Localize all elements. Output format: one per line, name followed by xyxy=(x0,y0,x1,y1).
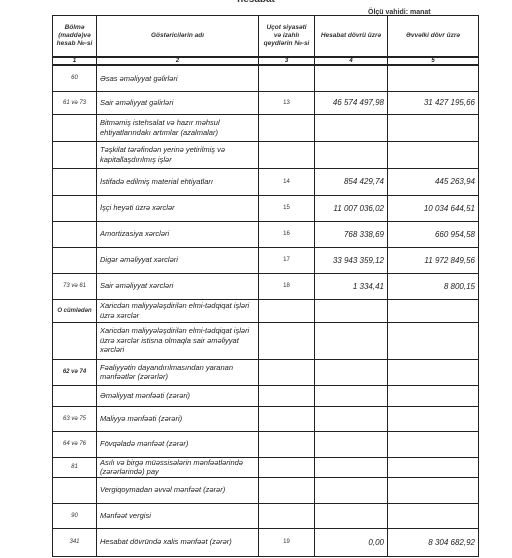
table-row: İşçi heyəti üzrə xərclər1511 007 036,021… xyxy=(53,195,479,221)
row-previous-period-value: 445 263,94 xyxy=(388,168,479,195)
row-previous-period-value xyxy=(388,431,479,457)
row-indicator-name: Xaricdən maliyyələşdirilən elmi-tədqiqat… xyxy=(97,299,259,322)
row-code xyxy=(53,477,97,503)
row-previous-period-value: 8 800,15 xyxy=(388,273,479,299)
row-code: 62 və 74 xyxy=(53,359,97,385)
table-row: Əməliyyat mənfəəti (zərəri) xyxy=(53,385,479,406)
row-note-number xyxy=(259,114,315,141)
row-code xyxy=(53,195,97,221)
row-previous-period-value xyxy=(388,359,479,385)
report-body: 60Əsas əməliyyat gəlirləri61 və 73Sair ə… xyxy=(53,65,479,556)
document-title: hesabat xyxy=(0,0,512,5)
row-code xyxy=(53,141,97,168)
row-indicator-name: Hesabat dövründə xalis mənfəət (zərər) xyxy=(97,528,259,556)
row-previous-period-value xyxy=(388,477,479,503)
row-current-period-value: 1 334,41 xyxy=(315,273,388,299)
row-indicator-name: Maliyyə mənfəəti (zərəri) xyxy=(97,406,259,431)
row-indicator-name: Əsas əməliyyat gəlirləri xyxy=(97,65,259,91)
row-previous-period-value xyxy=(388,457,479,477)
row-code: 73 və 61 xyxy=(53,273,97,299)
row-indicator-name: Vergiqoymadan əvvəl mənfəət (zərər) xyxy=(97,477,259,503)
row-previous-period-value xyxy=(388,65,479,91)
row-previous-period-value xyxy=(388,385,479,406)
row-indicator-name: Xaricdən maliyyələşdirilən elmi-tədqiqat… xyxy=(97,322,259,359)
row-indicator-name: İşçi heyəti üzrə xərclər xyxy=(97,195,259,221)
header-notes: Uçot siyasəti və izahlı qeydlərin №-si xyxy=(259,16,315,58)
row-current-period-value xyxy=(315,385,388,406)
column-number: 5 xyxy=(388,57,479,65)
row-code xyxy=(53,221,97,247)
row-note-number xyxy=(259,359,315,385)
header-current-period: Hesabat dövrü üzrə xyxy=(315,16,388,58)
row-note-number xyxy=(259,406,315,431)
row-note-number: 14 xyxy=(259,168,315,195)
row-previous-period-value: 8 304 682,92 xyxy=(388,528,479,556)
row-indicator-name: İstifadə edilmiş material ehtiyatları xyxy=(97,168,259,195)
row-code: 61 və 73 xyxy=(53,91,97,114)
table-row: Digər əməliyyat xərcləri1733 943 359,121… xyxy=(53,247,479,273)
row-indicator-name: Asılı və birgə müəssisələrin mənfəətləri… xyxy=(97,457,259,477)
table-row: 63 və 75Maliyyə mənfəəti (zərəri) xyxy=(53,406,479,431)
table-row: Amortizasiya xərcləri16768 338,69660 954… xyxy=(53,221,479,247)
row-code xyxy=(53,114,97,141)
row-previous-period-value: 31 427 195,66 xyxy=(388,91,479,114)
header-indicator-name: Göstəricilərin adı xyxy=(97,16,259,58)
row-indicator-name: Bitməmiş istehsalat və hazır məhsul ehti… xyxy=(97,114,259,141)
row-current-period-value xyxy=(315,457,388,477)
row-current-period-value xyxy=(315,299,388,322)
table-row: O cümlədənXaricdən maliyyələşdirilən elm… xyxy=(53,299,479,322)
row-current-period-value: 46 574 497,98 xyxy=(315,91,388,114)
row-note-number xyxy=(259,299,315,322)
row-previous-period-value xyxy=(388,503,479,528)
table-row: Vergiqoymadan əvvəl mənfəət (zərər) xyxy=(53,477,479,503)
table-row: 61 və 73Sair əməliyyat gəlirləri1346 574… xyxy=(53,91,479,114)
table-row: 62 və 74Fəaliyyətin dayandırılmasından y… xyxy=(53,359,479,385)
table-row: Təşkilat tərəfindən yerinə yetirilmiş və… xyxy=(53,141,479,168)
column-number: 2 xyxy=(97,57,259,65)
row-current-period-value: 854 429,74 xyxy=(315,168,388,195)
table-row: 64 və 76Fövqəladə mənfəət (zərər) xyxy=(53,431,479,457)
row-indicator-name: Sair əməliyyat xərcləri xyxy=(97,273,259,299)
row-current-period-value: 11 007 036,02 xyxy=(315,195,388,221)
row-current-period-value xyxy=(315,406,388,431)
row-previous-period-value xyxy=(388,114,479,141)
row-code xyxy=(53,247,97,273)
table-row: 81Asılı və birgə müəssisələrin mənfəətlə… xyxy=(53,457,479,477)
row-note-number xyxy=(259,431,315,457)
column-number: 3 xyxy=(259,57,315,65)
row-code: 90 xyxy=(53,503,97,528)
table-row: İstifadə edilmiş material ehtiyatları148… xyxy=(53,168,479,195)
row-code xyxy=(53,322,97,359)
row-note-number xyxy=(259,65,315,91)
table-row: 341Hesabat dövründə xalis mənfəət (zərər… xyxy=(53,528,479,556)
row-indicator-name: Fəaliyyətin dayandırılmasından yaranan m… xyxy=(97,359,259,385)
row-indicator-name: Sair əməliyyat gəlirləri xyxy=(97,91,259,114)
row-current-period-value xyxy=(315,114,388,141)
row-current-period-value xyxy=(315,477,388,503)
row-current-period-value: 768 338,69 xyxy=(315,221,388,247)
row-previous-period-value: 11 972 849,56 xyxy=(388,247,479,273)
row-previous-period-value: 10 034 644,51 xyxy=(388,195,479,221)
row-note-number xyxy=(259,322,315,359)
row-note-number: 17 xyxy=(259,247,315,273)
row-indicator-name: Amortizasiya xərcləri xyxy=(97,221,259,247)
row-indicator-name: Fövqəladə mənfəət (zərər) xyxy=(97,431,259,457)
row-code: 60 xyxy=(53,65,97,91)
row-current-period-value xyxy=(315,141,388,168)
row-indicator-name: Digər əməliyyat xərcləri xyxy=(97,247,259,273)
row-note-number xyxy=(259,385,315,406)
table-row: 90Mənfəət vergisi xyxy=(53,503,479,528)
row-current-period-value xyxy=(315,322,388,359)
row-note-number: 13 xyxy=(259,91,315,114)
row-note-number xyxy=(259,477,315,503)
row-previous-period-value xyxy=(388,141,479,168)
row-note-number: 19 xyxy=(259,528,315,556)
row-indicator-name: Mənfəət vergisi xyxy=(97,503,259,528)
row-code xyxy=(53,385,97,406)
row-note-number: 15 xyxy=(259,195,315,221)
row-code: 341 xyxy=(53,528,97,556)
row-code: 81 xyxy=(53,457,97,477)
row-current-period-value xyxy=(315,359,388,385)
row-note-number xyxy=(259,457,315,477)
row-note-number: 18 xyxy=(259,273,315,299)
row-previous-period-value: 660 954,58 xyxy=(388,221,479,247)
row-code xyxy=(53,168,97,195)
row-current-period-value xyxy=(315,65,388,91)
row-indicator-name: Təşkilat tərəfindən yerinə yetirilmiş və… xyxy=(97,141,259,168)
row-current-period-value xyxy=(315,431,388,457)
row-indicator-name: Əməliyyat mənfəəti (zərəri) xyxy=(97,385,259,406)
header-section-code: Bölmə (maddə)və hesab №-si xyxy=(53,16,97,58)
row-current-period-value: 33 943 359,12 xyxy=(315,247,388,273)
row-note-number xyxy=(259,141,315,168)
row-current-period-value xyxy=(315,503,388,528)
row-current-period-value: 0,00 xyxy=(315,528,388,556)
row-previous-period-value xyxy=(388,299,479,322)
row-note-number xyxy=(259,503,315,528)
row-note-number: 16 xyxy=(259,221,315,247)
row-code: O cümlədən xyxy=(53,299,97,322)
column-number: 1 xyxy=(53,57,97,65)
header-previous-period: Əvvəlki dövr üzrə xyxy=(388,16,479,58)
financial-report-table: Bölmə (maddə)və hesab №-si Göstəriciləri… xyxy=(52,15,479,557)
column-number: 4 xyxy=(315,57,388,65)
table-row: 60Əsas əməliyyat gəlirləri xyxy=(53,65,479,91)
row-code: 63 və 75 xyxy=(53,406,97,431)
row-previous-period-value xyxy=(388,322,479,359)
row-code: 64 və 76 xyxy=(53,431,97,457)
row-previous-period-value xyxy=(388,406,479,431)
table-row: Xaricdən maliyyələşdirilən elmi-tədqiqat… xyxy=(53,322,479,359)
table-row: 73 və 61Sair əməliyyat xərcləri181 334,4… xyxy=(53,273,479,299)
table-row: Bitməmiş istehsalat və hazır məhsul ehti… xyxy=(53,114,479,141)
